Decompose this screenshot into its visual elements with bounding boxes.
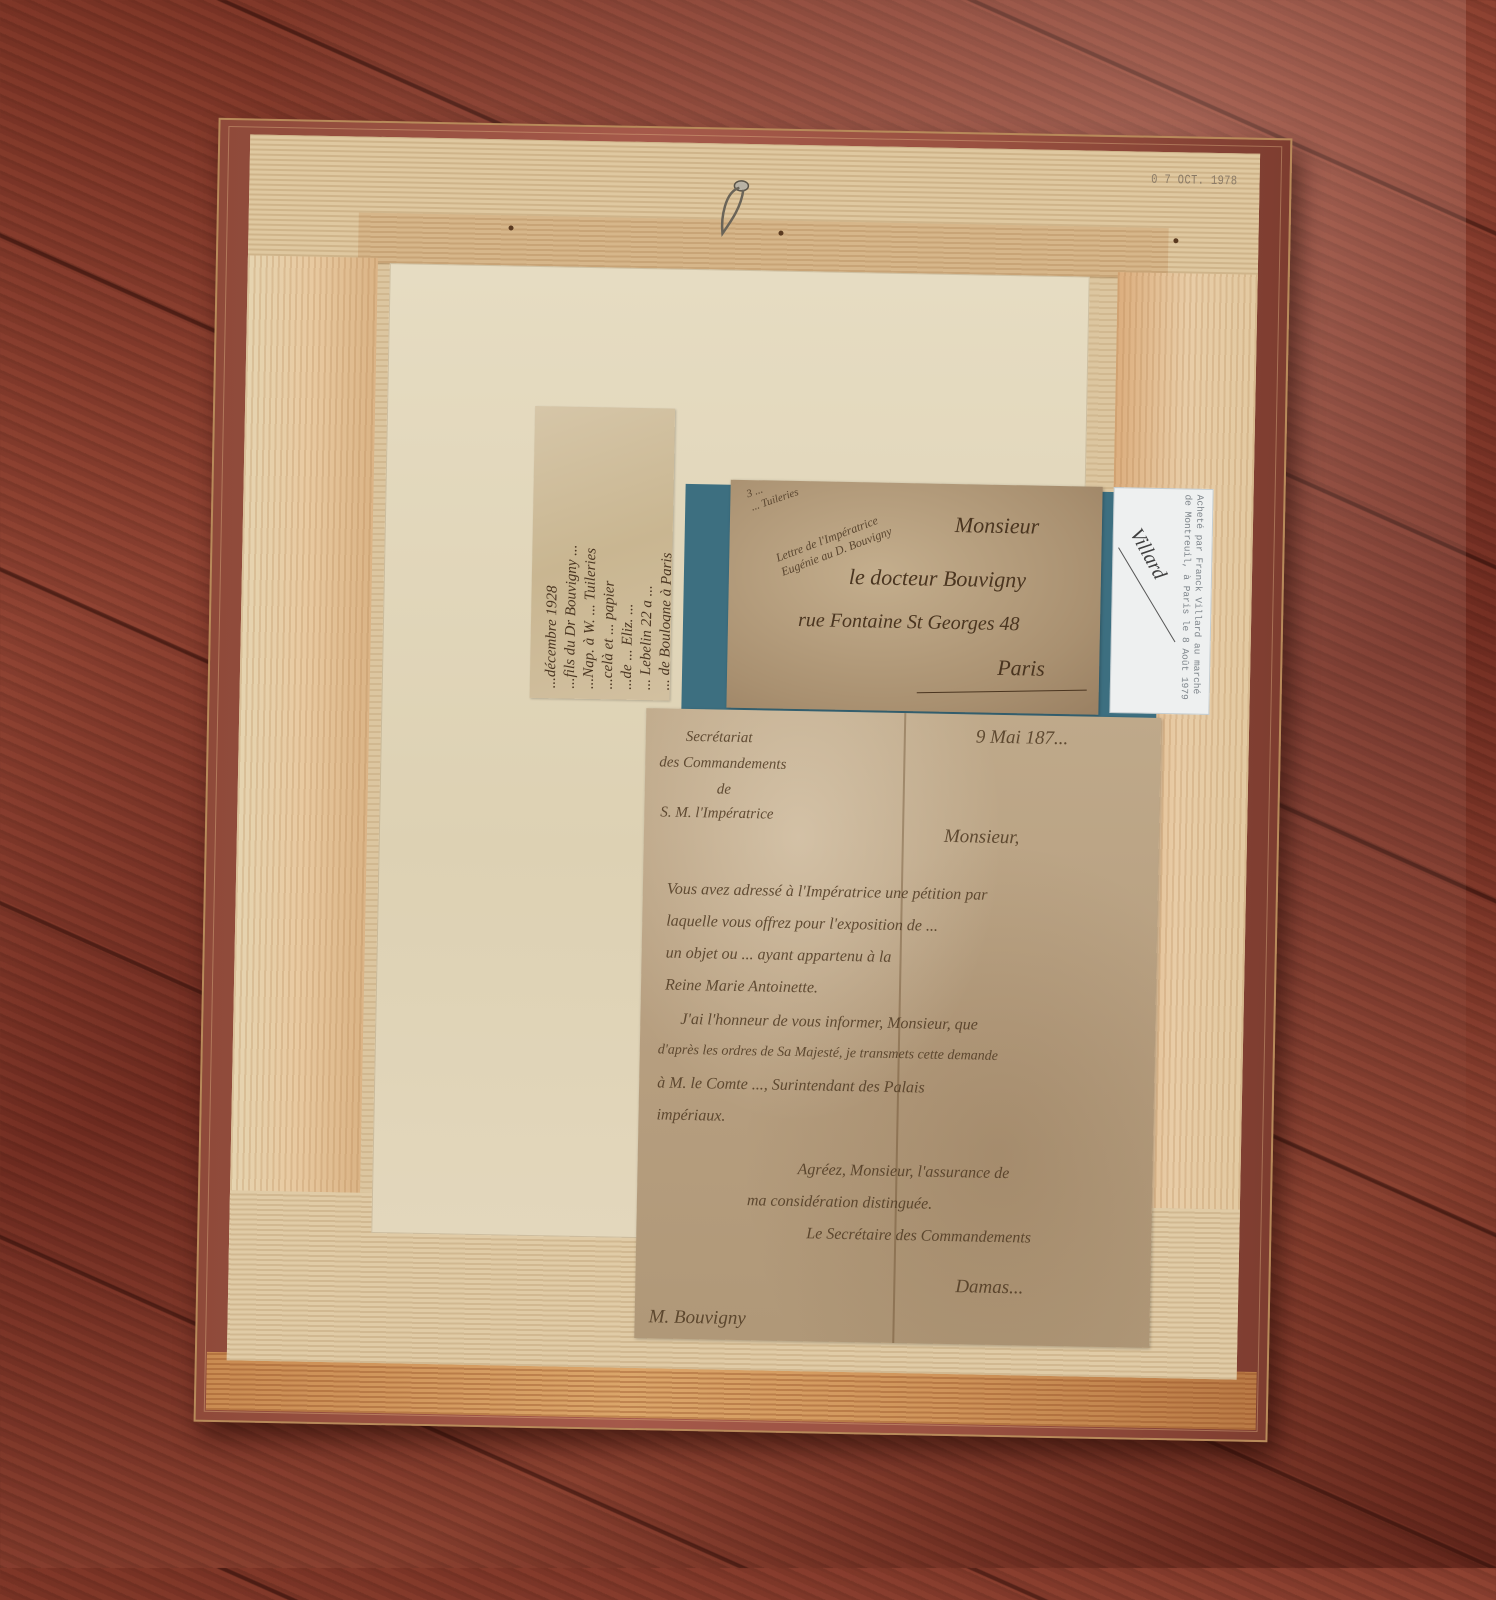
letter-body-line: impériaux. — [656, 1106, 725, 1125]
addressed-envelope: 3 ... ... Tuileries Lettre de l'Impératr… — [726, 480, 1102, 715]
letter-body-line: d'après les ordres de Sa Majesté, je tra… — [658, 1042, 998, 1065]
provenance-typed-text: Acheté par Franck Villard au marché de M… — [1178, 494, 1206, 704]
handwritten-note-card: ...décembre 1928 ...fils du Dr Bouvigny … — [530, 406, 676, 701]
letterhead-line: de — [717, 782, 731, 799]
letter-body-line: un objet ou ... ayant appartenu à la — [665, 945, 891, 967]
envelope-street: rue Fontaine St Georges 48 — [798, 609, 1100, 638]
picture-frame-back: 0 7 OCT. 1978 ...décembre 1928 ...fils d… — [194, 118, 1293, 1442]
envelope-name: le docteur Bouvigny — [849, 564, 1101, 595]
kraft-tape-left — [229, 255, 378, 1262]
letter-signature: Damas... — [955, 1276, 1024, 1299]
letter-body-line: à M. le Comte ..., Surintendant des Pala… — [657, 1074, 925, 1097]
letter-body-line: J'ai l'honneur de vous informer, Monsieu… — [680, 1011, 978, 1035]
letter-body-line: Agréez, Monsieur, l'assurance de — [797, 1161, 1009, 1183]
provenance-label: Acheté par Franck Villard au marché de M… — [1109, 487, 1213, 715]
nail-hole — [778, 231, 783, 236]
envelope-corner-note: 3 ... ... Tuileries — [745, 423, 943, 514]
wire-hook-icon — [716, 177, 751, 238]
provenance-signature: Villard — [1124, 525, 1170, 584]
letter-salutation: Monsieur, — [944, 826, 1020, 849]
date-stamp: 0 7 OCT. 1978 — [1151, 172, 1238, 189]
underline — [917, 690, 1087, 694]
letter-body-line: laquelle vous offrez pour l'exposition d… — [666, 913, 938, 936]
imperial-letter: Secrétariat des Commandements de S. M. l… — [634, 708, 1161, 1348]
letter-date: 9 Mai 187... — [976, 726, 1069, 750]
cream-mat: ...décembre 1928 ...fils du Dr Bouvigny … — [371, 263, 1089, 1246]
letterhead-line: S. M. l'Impératrice — [660, 804, 773, 823]
envelope-city: Paris — [997, 655, 1099, 683]
letterhead-line: Secrétariat — [686, 729, 753, 747]
letter-body-line: ma considération distinguée. — [747, 1192, 933, 1214]
nail-hole — [1173, 238, 1178, 243]
letterhead-line: des Commandements — [659, 754, 786, 773]
corner-note-line: 3 ... — [745, 423, 939, 501]
letter-addressee: M. Bouvigny — [648, 1306, 745, 1330]
envelope-salutation: Monsieur — [955, 512, 1102, 541]
nail-hole — [509, 225, 514, 230]
letter-closing: Le Secrétaire des Commandements — [806, 1225, 1031, 1247]
letter-body-line: Reine Marie Antoinette. — [665, 977, 818, 998]
letter-body-line: Vous avez adressé à l'Impératrice une pé… — [667, 881, 988, 905]
